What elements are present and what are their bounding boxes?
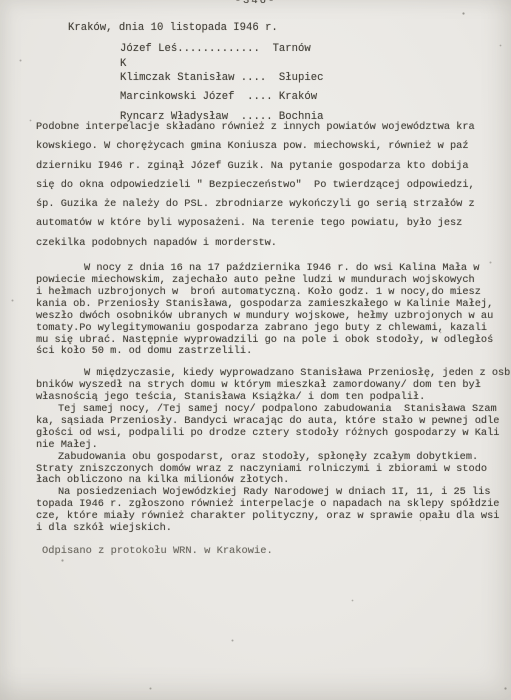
text-line: się do okna odpowiedzieli " Bezpieczeńst… [36, 176, 503, 195]
document-page: -346- Kraków, dnia 10 listopada I946 r. … [0, 0, 511, 700]
signatory-line: Józef Leś............. Tarnów [120, 40, 323, 60]
text-line: czekilka podobnych napadów i morderstw. [36, 234, 503, 253]
signatory-line: Klimczak Stanisław .... Słupiec [120, 69, 323, 89]
page-number: -346- [0, 0, 511, 7]
text-line: automatów w które byli wyposażeni. Na te… [36, 214, 503, 233]
signatory-line: Marcinkowski Józef .... Kraków [120, 88, 323, 108]
text-line: śp. Guzika że należy do PSL. zbrodniarze… [36, 195, 503, 214]
text-line: ści koło 50 m. od domu zastrzelili. [36, 346, 503, 358]
text-line: i dla szkół wiejskich. [36, 523, 503, 535]
paragraph: W nocy z dnia 16 na 17 października I946… [36, 263, 503, 358]
text-line: Zabudowania obu gospodarst, oraz stodoły… [36, 452, 503, 464]
text-line: kowskiego. W chorężycach gmina Koniusza … [36, 137, 503, 156]
footer-note: Odpisano z protokołu WRN. w Krakowie. [36, 545, 503, 557]
signatory-line: K [120, 60, 323, 69]
document-body: Podobne interpelacje składano również z … [36, 118, 503, 557]
signatory-list: Józef Leś............. TarnówKKlimczak S… [120, 40, 323, 127]
text-line: weszło dwóch osobników ubranych w mundur… [36, 311, 503, 323]
text-line: tomaty.Po wylegitymowaniu gospodarza zab… [36, 323, 503, 335]
text-line: Podobne interpelacje składano również z … [36, 118, 503, 137]
dateline: Kraków, dnia 10 listopada I946 r. [68, 22, 278, 34]
text-line: kania ob. Przeniosły Stanisława, gospoda… [36, 299, 503, 311]
paragraph: W międzyczasie, kiedy wyprowadzano Stani… [36, 368, 503, 535]
text-line: i hełmach uzbrojonych w broń automatyczn… [36, 287, 503, 299]
text-line: dzierniku I946 r. zginął Józef Guzik. Na… [36, 157, 503, 176]
paragraph: Podobne interpelacje składano również z … [36, 118, 503, 253]
text-line: głości od wsi, podpalili po drodze czter… [36, 428, 503, 440]
text-line: nie Małej. [36, 440, 503, 452]
